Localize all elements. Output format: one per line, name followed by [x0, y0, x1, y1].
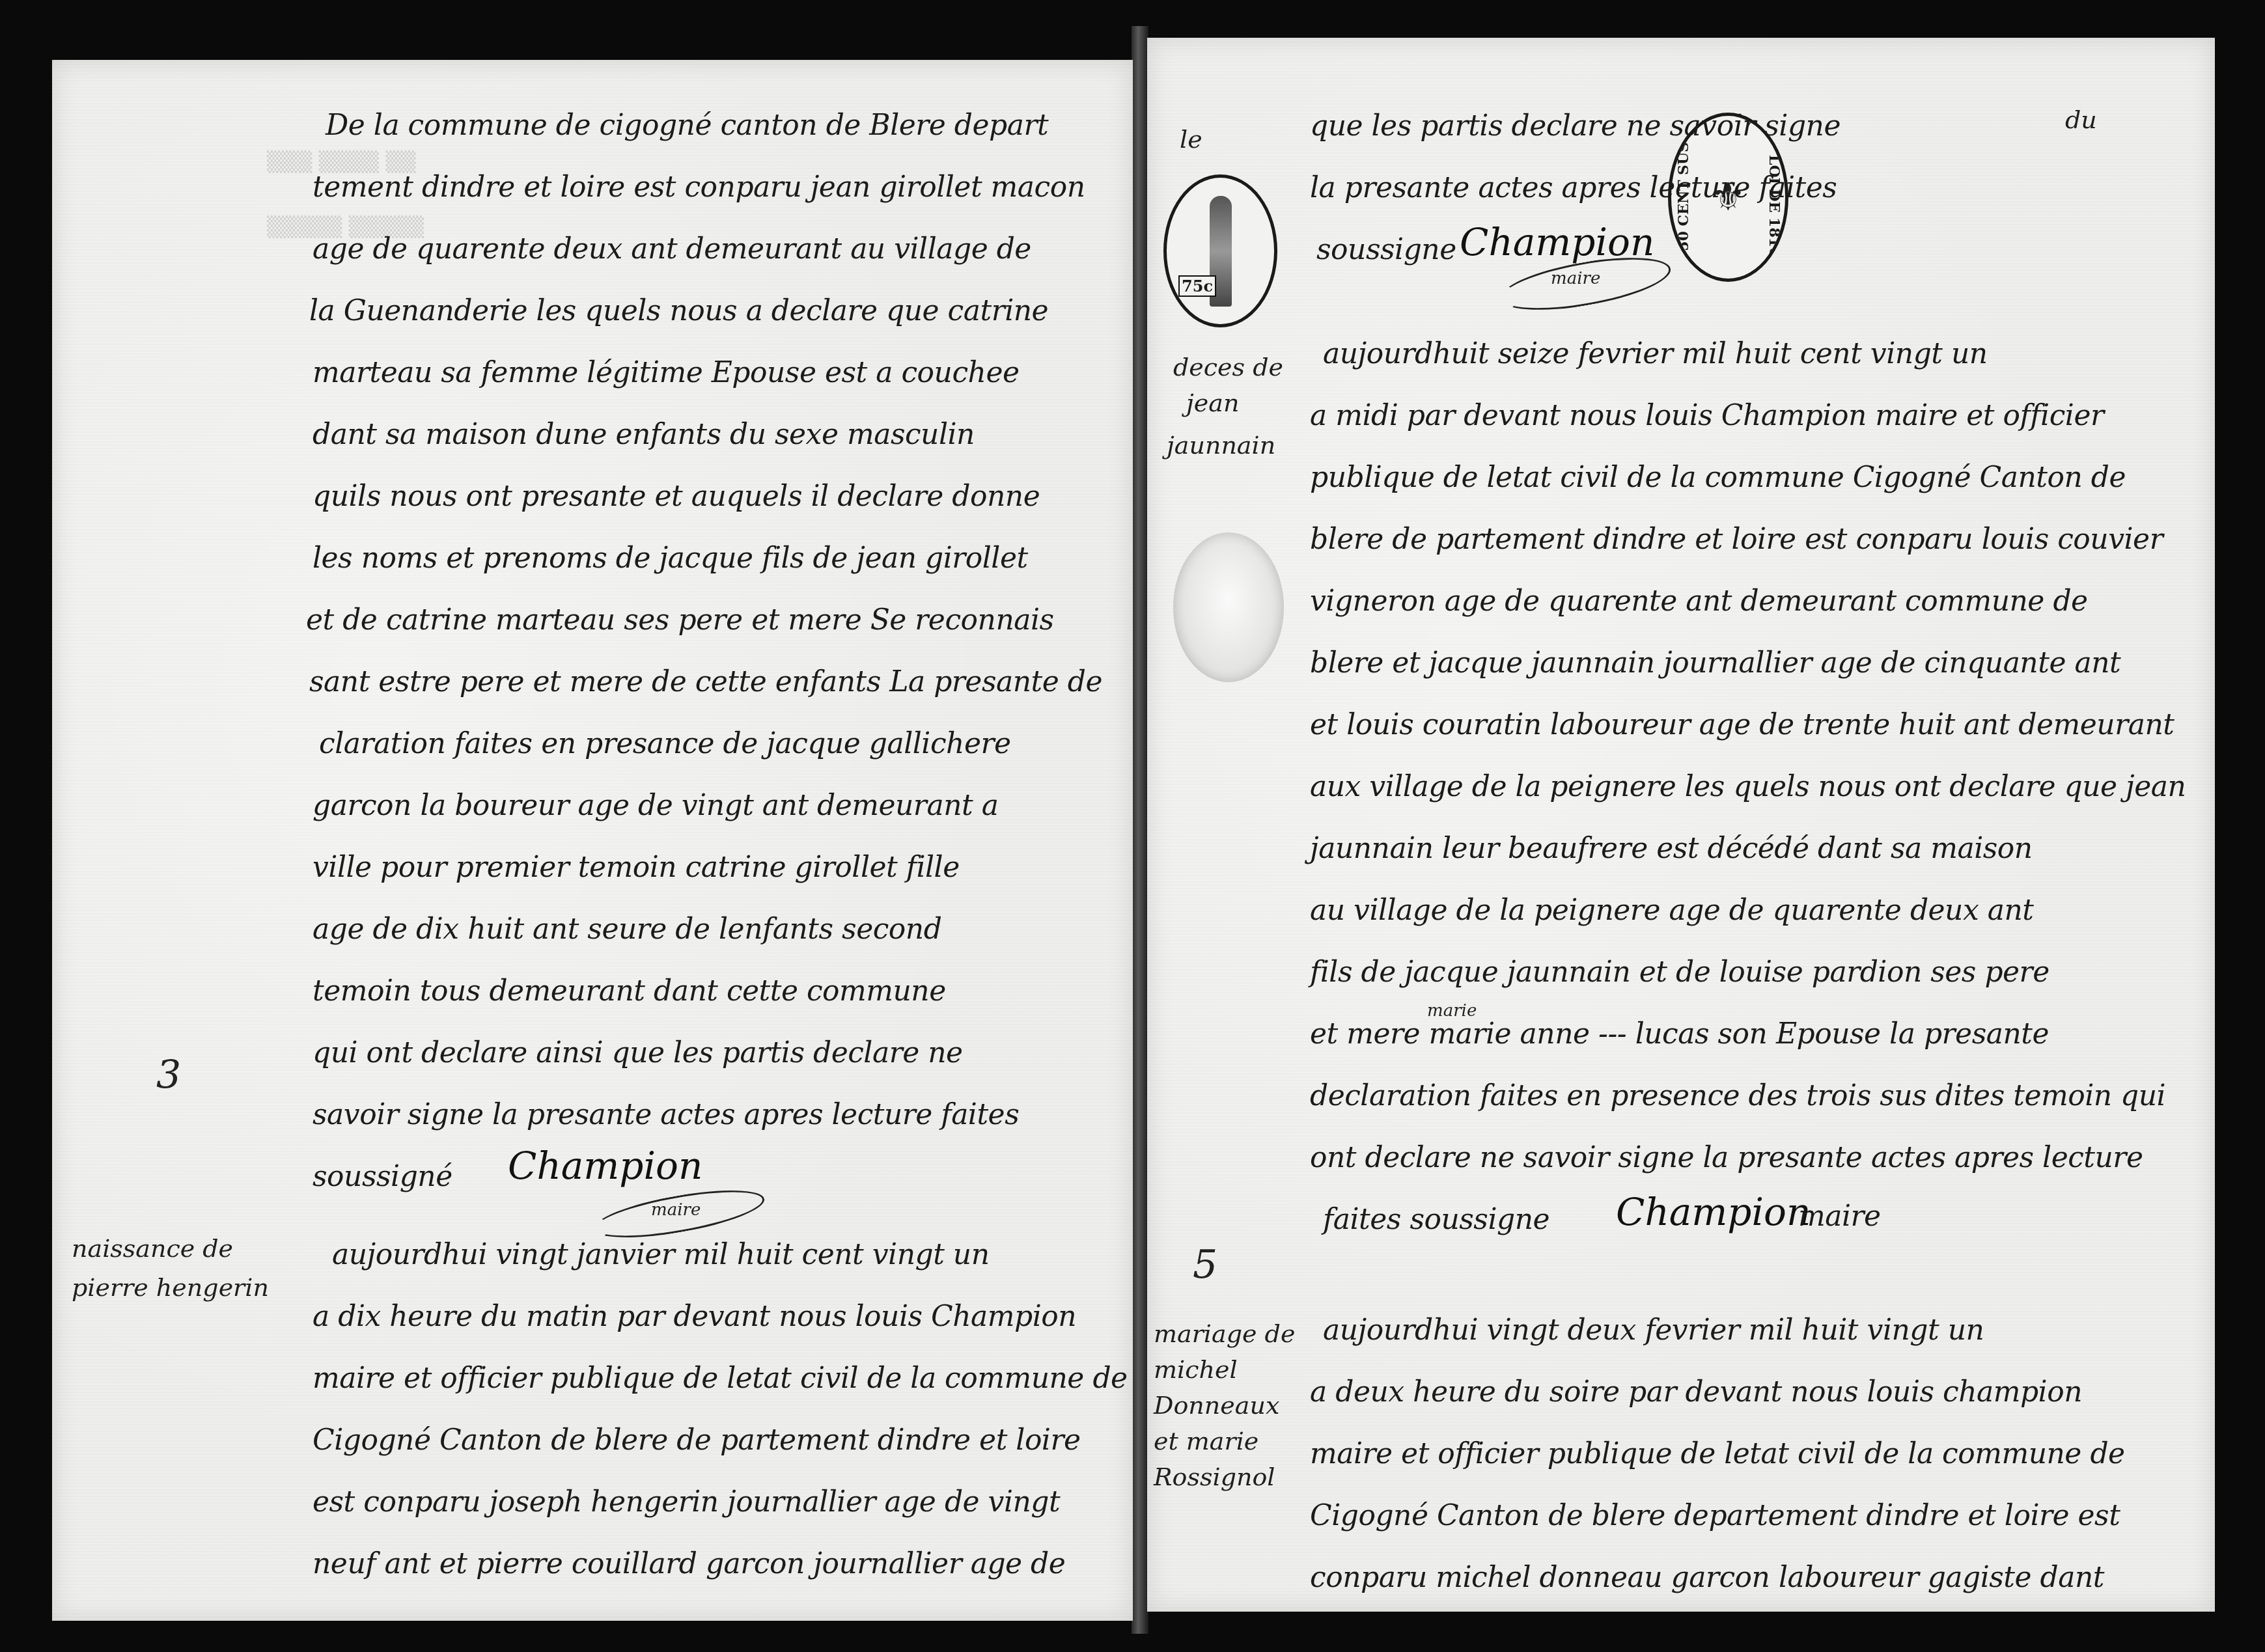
- text-line: sant estre pere et mere de cette enfants…: [309, 665, 1102, 698]
- text-line: soussigné: [313, 1160, 452, 1193]
- text-line: a deux heure du soire par devant nous lo…: [1310, 1375, 2082, 1409]
- text-line: et de catrine marteau ses pere et mere S…: [306, 603, 1054, 637]
- margin-title-line: Donneaux: [1154, 1388, 1279, 1422]
- text-line: ville pour premier temoin catrine giroll…: [313, 851, 960, 884]
- text-line: temoin tous demeurant dant cette commune: [313, 974, 946, 1008]
- margin-title-line: pierre hengerin: [72, 1271, 269, 1304]
- text-line: savoir signe la presante actes apres lec…: [313, 1098, 1019, 1131]
- left-page: ▒▒▒ ▒▒▒▒ ▒▒ ▒▒▒▒▒ ▒▒▒▒▒ De la commune de…: [52, 60, 1133, 1621]
- text-line: conparu michel donneau garcon laboureur …: [1310, 1561, 2104, 1594]
- act-number: 3: [156, 1053, 181, 1098]
- margin-title-line: mariage de: [1154, 1317, 1295, 1351]
- text-line: dant sa maison dune enfants du sexe masc…: [313, 418, 975, 451]
- margin-title-line: Rossignol: [1154, 1460, 1275, 1494]
- text-line: age de dix huit ant seure de lenfants se…: [313, 913, 941, 946]
- text-line: Cigogné Canton de blere de partement din…: [313, 1424, 1081, 1457]
- text-line: tement dindre et loire est conparu jean …: [313, 171, 1085, 204]
- text-line: claration faites en presance de jacque g…: [319, 727, 1011, 760]
- text-line: De la commune de cigogné canton de Blere…: [326, 109, 1048, 142]
- right-page-act5: 5 mariage de michel Donneaux et marie Ro…: [1147, 38, 2215, 1612]
- text-line: age de quarente deux ant demeurant au vi…: [313, 232, 1031, 266]
- margin-title-line: naissance de: [72, 1232, 233, 1265]
- text-line: aujourdhui vingt deux fevrier mil huit v…: [1323, 1314, 1984, 1347]
- text-line: marteau sa femme légitime Epouse est a c…: [313, 356, 1019, 389]
- signature-title: maire: [651, 1200, 701, 1220]
- book-gutter: [1132, 26, 1148, 1634]
- text-line: neuf ant et pierre couillard garcon jour…: [313, 1547, 1065, 1580]
- text-line: a dix heure du matin par devant nous lou…: [313, 1300, 1076, 1333]
- text-line: la Guenanderie les quels nous a declare …: [309, 294, 1048, 327]
- signature-champion: Champion: [508, 1144, 702, 1188]
- margin-title-line: michel: [1154, 1353, 1238, 1386]
- text-line: garcon la boureur age de vingt ant demeu…: [313, 789, 998, 822]
- text-line: maire et officier publique de letat civi…: [313, 1362, 1128, 1395]
- text-line: maire et officier publique de letat civi…: [1310, 1437, 2125, 1470]
- text-line: qui ont declare ainsi que les partis dec…: [313, 1036, 963, 1069]
- text-line: quils nous ont presante et auquels il de…: [313, 480, 1040, 513]
- act-number: 5: [1193, 1242, 1217, 1287]
- text-line: aujourdhui vingt janvier mil huit cent v…: [332, 1238, 990, 1271]
- text-line: les noms et prenoms de jacque fils de je…: [313, 542, 1028, 575]
- text-line: est conparu joseph hengerin journallier …: [313, 1485, 1060, 1519]
- margin-title-line: et marie: [1154, 1424, 1258, 1458]
- text-line: Cigogné Canton de blere departement dind…: [1310, 1499, 2120, 1532]
